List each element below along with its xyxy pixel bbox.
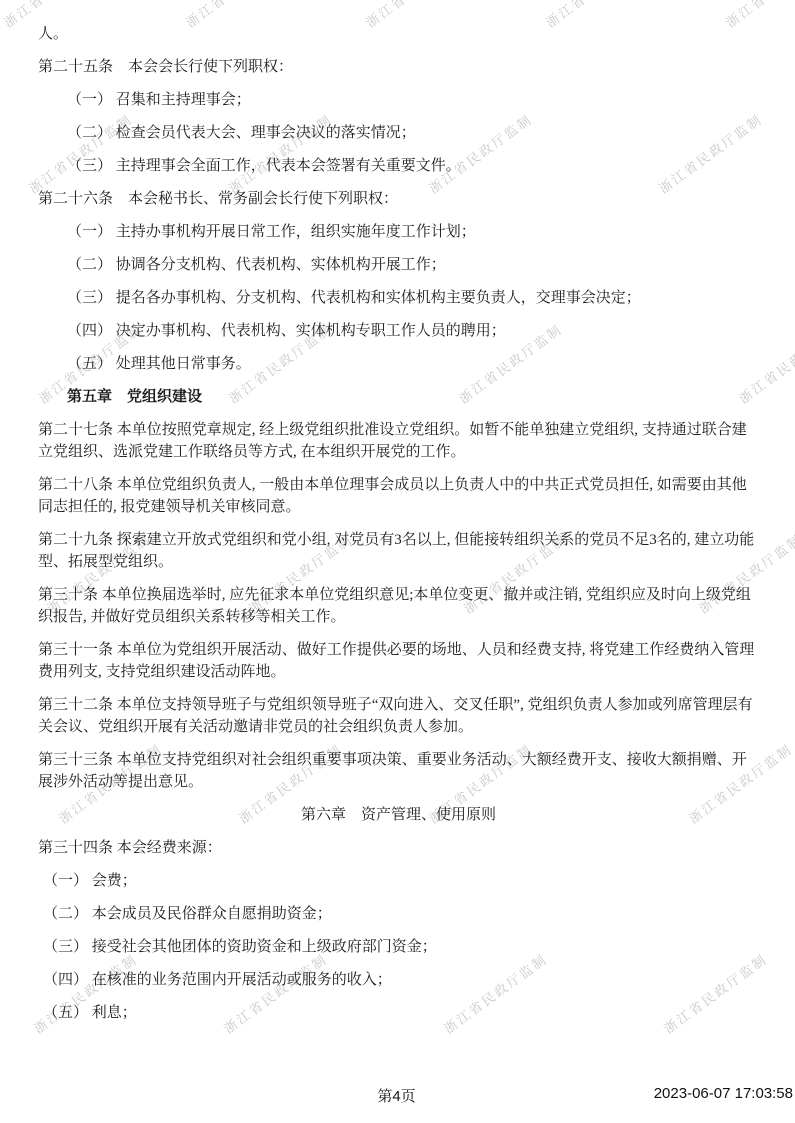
list-item: （一） 主持办事机构开展日常工作，组织实施年度工作计划； bbox=[38, 221, 759, 243]
list-item: （三） 接受社会其他团体的资助资金和上级政府部门资金； bbox=[38, 936, 759, 958]
document-page: 浙江省民政厅监制浙江省民政厅监制浙江省民政厅监制浙江省民政厅监制浙江省民政厅监制… bbox=[0, 0, 795, 1123]
paragraph: 人。 bbox=[38, 23, 759, 45]
document-body: 人。第二十五条 本会会长行使下列职权：（一） 召集和主持理事会；（二） 检查会员… bbox=[0, 0, 795, 1024]
list-item: （一） 召集和主持理事会； bbox=[38, 89, 759, 111]
list-item: （三） 主持理事会全面工作，代表本会签署有关重要文件。 bbox=[38, 155, 759, 177]
timestamp: 2023-06-07 17:03:58 bbox=[654, 1085, 793, 1102]
paragraph: 第三十四条 本会经费来源： bbox=[38, 837, 759, 859]
paragraph: 第三十二条 本单位支持领导班子与党组织领导班子“双向进入、交叉任职”, 党组织负… bbox=[38, 694, 759, 738]
list-item: （四） 在核准的业务范围内开展活动或服务的收入； bbox=[38, 969, 759, 991]
chapter-heading: 第六章 资产管理、使用原则 bbox=[38, 804, 759, 826]
paragraph: 第二十六条 本会秘书长、常务副会长行使下列职权： bbox=[38, 188, 759, 210]
list-item: （三） 提名各办事机构、分支机构、代表机构和实体机构主要负责人，交理事会决定； bbox=[38, 287, 759, 309]
list-item: （四） 决定办事机构、代表机构、实体机构专职工作人员的聘用； bbox=[38, 320, 759, 342]
page-number: 第4页 bbox=[377, 1085, 415, 1106]
paragraph: 第二十八条 本单位党组织负责人, 一般由本单位理事会成员以上负责人中的中共正式党… bbox=[38, 474, 759, 518]
chapter-heading: 第五章 党组织建设 bbox=[38, 386, 759, 408]
list-item: （五） 处理其他日常事务。 bbox=[38, 353, 759, 375]
paragraph: 第三十一条 本单位为党组织开展活动、做好工作提供必要的场地、人员和经费支持, 将… bbox=[38, 639, 759, 683]
paragraph: 第三十三条 本单位支持党组织对社会组织重要事项决策、重要业务活动、大额经费开支、… bbox=[38, 749, 759, 793]
list-item: （五） 利息； bbox=[38, 1002, 759, 1024]
list-item: （二） 本会成员及民俗群众自愿捐助资金； bbox=[38, 903, 759, 925]
list-item: （二） 检查会员代表大会、理事会决议的落实情况； bbox=[38, 122, 759, 144]
paragraph: 第三十条 本单位换届选举时, 应先征求本单位党组织意见;本单位变更、撤并或注销,… bbox=[38, 584, 759, 628]
page-footer: 第4页 2023-06-07 17:03:58 bbox=[0, 1085, 793, 1102]
list-item: （一） 会费； bbox=[38, 870, 759, 892]
paragraph: 第二十七条 本单位按照党章规定, 经上级党组织批准设立党组织。如暂不能单独建立党… bbox=[38, 419, 759, 463]
list-item: （二） 协调各分支机构、代表机构、实体机构开展工作； bbox=[38, 254, 759, 276]
paragraph: 第二十九条 探索建立开放式党组织和党小组, 对党员有3名以上, 但能接转组织关系… bbox=[38, 529, 759, 573]
paragraph: 第二十五条 本会会长行使下列职权： bbox=[38, 56, 759, 78]
